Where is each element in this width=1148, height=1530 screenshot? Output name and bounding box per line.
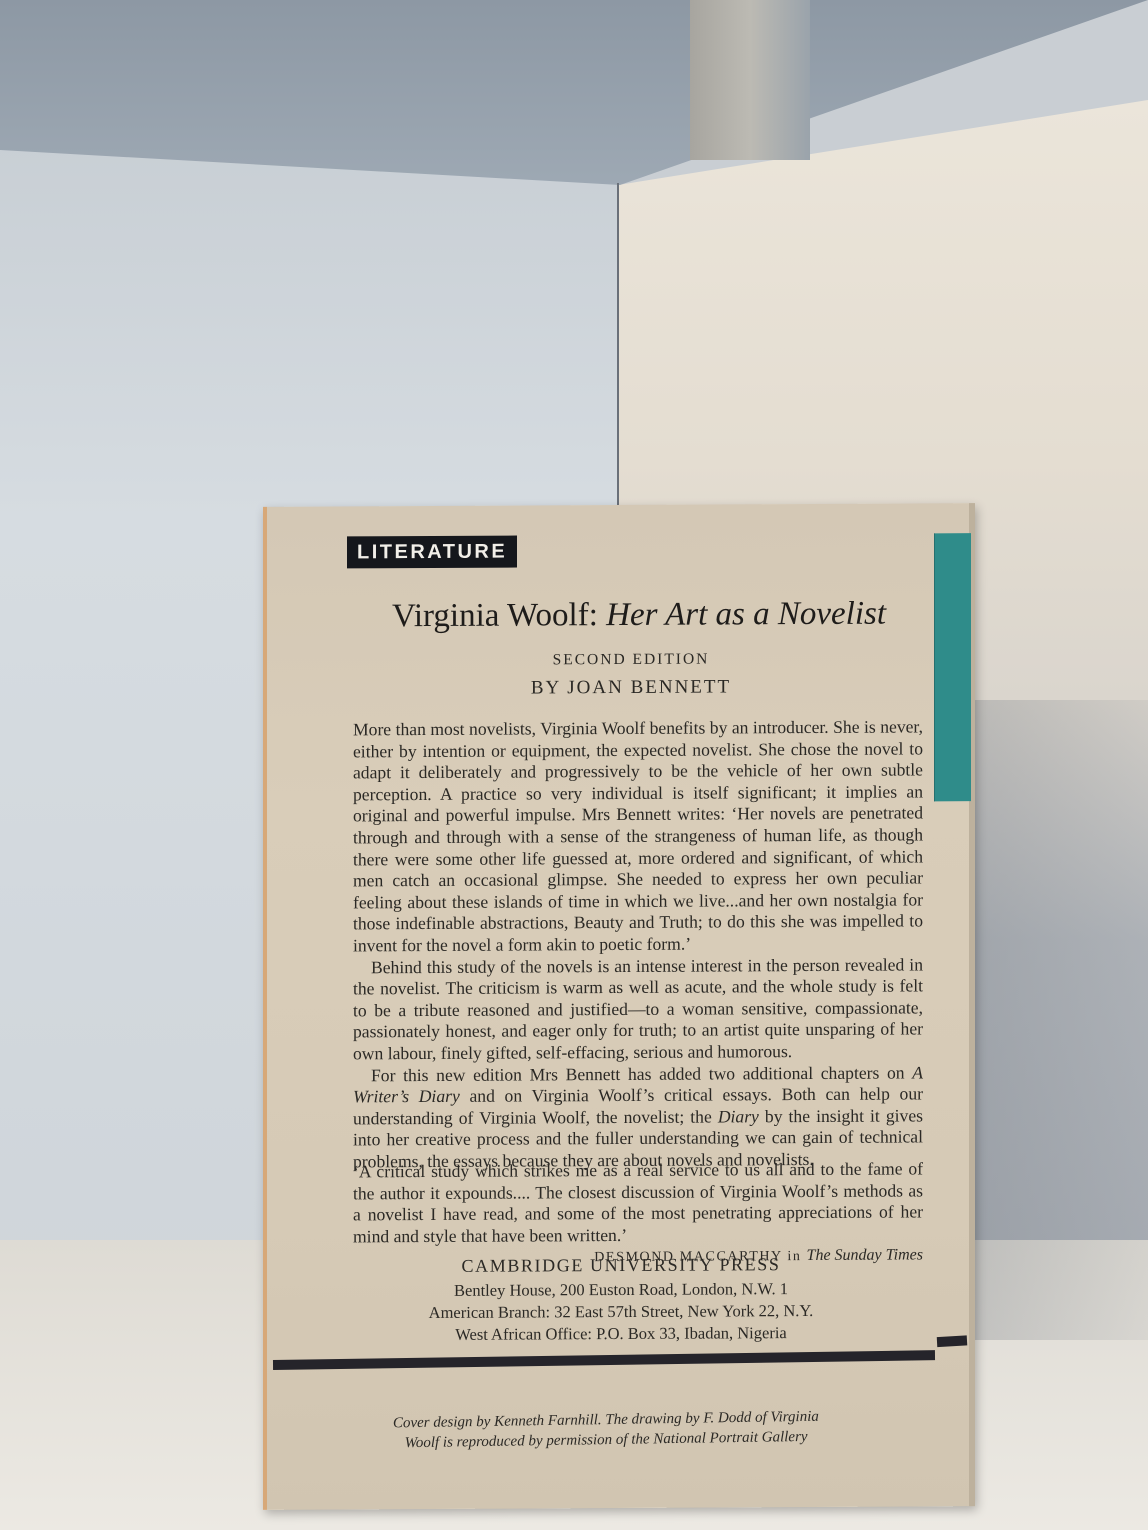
category-label: LITERATURE bbox=[347, 536, 517, 569]
author: BY JOAN BENNETT bbox=[277, 675, 985, 701]
title-subtitle: Her Art as a Novelist bbox=[606, 596, 886, 633]
text-run: For this new edition Mrs Bennett has add… bbox=[371, 1062, 912, 1085]
edition: SECOND EDITION bbox=[277, 649, 985, 671]
book-title: Virginia Woolf: Her Art as a Novelist bbox=[307, 595, 971, 635]
quote-text: ‘A critical study which strikes me as a … bbox=[353, 1158, 923, 1247]
spine-rule bbox=[937, 1335, 967, 1347]
door-frame bbox=[690, 0, 810, 160]
title-main: Virginia Woolf: bbox=[392, 597, 598, 634]
publisher-block: CAMBRIDGE UNIVERSITY PRESS Bentley House… bbox=[267, 1253, 975, 1347]
blurb-paragraph: Behind this study of the novels is an in… bbox=[353, 954, 923, 1065]
blurb-paragraph: For this new edition Mrs Bennett has add… bbox=[353, 1062, 923, 1173]
publisher-name: CAMBRIDGE UNIVERSITY PRESS bbox=[267, 1253, 975, 1278]
book-reference: Diary bbox=[718, 1106, 759, 1126]
book-back-cover: LITERATURE Virginia Woolf: Her Art as a … bbox=[263, 503, 975, 1510]
blurb: More than most novelists, Virginia Woolf… bbox=[353, 716, 923, 1172]
cover-credits: Cover design by Kenneth Farnhill. The dr… bbox=[267, 1405, 945, 1456]
black-rule bbox=[273, 1350, 935, 1370]
blurb-paragraph: More than most novelists, Virginia Woolf… bbox=[353, 716, 923, 957]
publisher-address: West African Office: P.O. Box 33, Ibadan… bbox=[267, 1321, 975, 1347]
